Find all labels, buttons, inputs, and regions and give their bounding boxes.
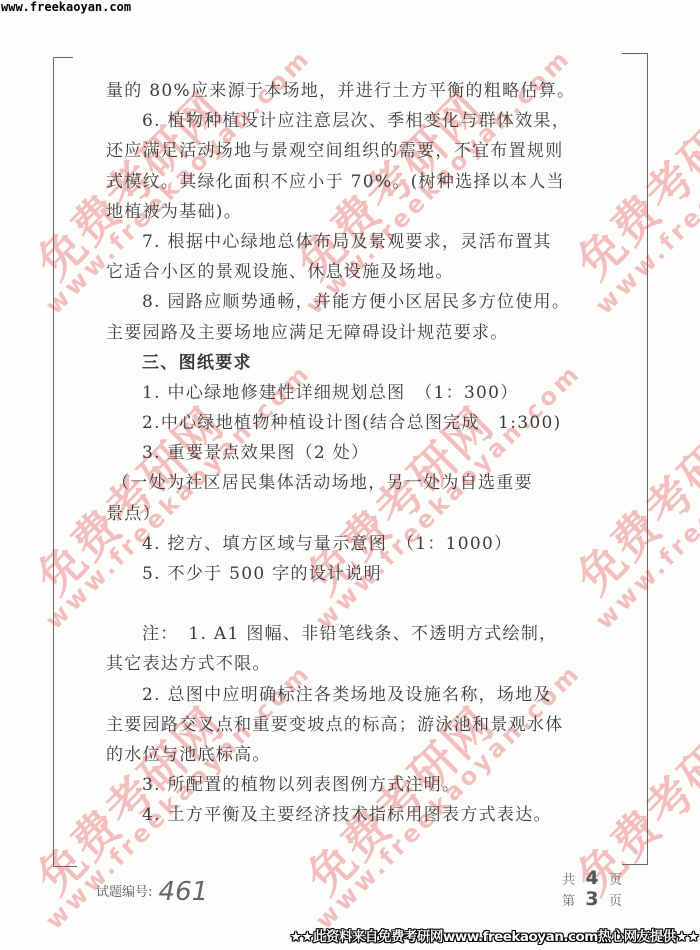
note-line: 2. 总图中应明确标注各类场地及设施名称，场地及 xyxy=(106,680,596,710)
body-line: 6. 植物种植设计应注意层次、季相变化与群体效果， xyxy=(106,106,596,136)
body-line: 3. 重要景点效果图（2 处） xyxy=(106,438,596,468)
exam-code-value: 461 xyxy=(159,877,209,907)
exam-body-text: 量的 80%应来源于本场地，并进行土方平衡的粗略估算。 6. 植物种植设计应注意… xyxy=(106,76,596,831)
note-line: 其它表达方式不限。 xyxy=(106,649,596,679)
total-label-post: 页 xyxy=(609,873,622,888)
body-line: 4. 挖方、填方区域与量示意图 （1：1000） xyxy=(106,529,596,559)
total-pages: 4 xyxy=(575,869,609,888)
note-line: 注： 1. A1 图幅、非铅笔线条、不透明方式绘制， xyxy=(106,619,596,649)
exam-code: 试题编号: 461 xyxy=(96,877,208,907)
body-line: 它适合小区的景观设施、休息设施及场地。 xyxy=(106,257,596,287)
current-label-pre: 第 xyxy=(562,894,575,909)
current-page: 3 xyxy=(575,890,609,909)
body-line: 地植被为基础)。 xyxy=(106,197,596,227)
body-line: 量的 80%应来源于本场地，并进行土方平衡的粗略估算。 xyxy=(106,76,596,106)
total-label-pre: 共 xyxy=(562,873,575,888)
current-label-post: 页 xyxy=(609,894,622,909)
site-url: www.freekaoyan.com xyxy=(1,0,131,14)
body-line: 主要园路及主要场地应满足无障碍设计规范要求。 xyxy=(106,318,596,348)
body-line: 2.中心绿地植物种植设计图(结合总图完成 1:300) xyxy=(106,408,596,438)
body-line: 5. 不少于 500 字的设计说明 xyxy=(106,559,596,589)
page-indicator: 共4页 第3页 xyxy=(562,869,622,911)
note-line: 的水位与池底标高。 xyxy=(106,740,596,770)
body-line: 1. 中心绿地修建性详细规划总图 （1：300） xyxy=(106,378,596,408)
spacer xyxy=(106,589,596,619)
source-banner: ★★此资料来自免费考研网www.freekaoyan.com热心网友提供★★ xyxy=(290,925,699,945)
frame-right-bottom-tick xyxy=(622,864,648,865)
exam-code-label: 试题编号: xyxy=(96,885,152,900)
watermark-en: www.freekaoyan.com xyxy=(590,43,700,320)
watermark-en: www.freekaoyan.com xyxy=(590,358,700,635)
body-line: 8. 园路应顺势通畅，并能方便小区居民多方位使用。 xyxy=(106,287,596,317)
body-line: 7. 根据中心绿地总体布局及景观要求，灵活布置其 xyxy=(106,227,596,257)
note-line: 3. 所配置的植物以列表图例方式注明。 xyxy=(106,770,596,800)
frame-left-border xyxy=(53,57,54,867)
body-line: 式模纹。其绿化面积不应小于 70%。(树种选择以本人当 xyxy=(106,167,596,197)
body-line: 景点） xyxy=(106,499,596,529)
frame-right-top-tick xyxy=(622,53,648,54)
note-line: 4. 土方平衡及主要经济技术指标用图表方式表达。 xyxy=(106,800,596,830)
body-line: （一处为社区居民集体活动场地，另一处为自选重要 xyxy=(106,468,596,498)
note-line: 主要园路交叉点和重要变坡点的标高；游泳池和景观水体 xyxy=(106,710,596,740)
frame-left-top-tick xyxy=(53,57,73,58)
frame-left-bottom-tick xyxy=(53,866,77,867)
section-heading: 三、图纸要求 xyxy=(106,348,596,378)
frame-right-border xyxy=(647,53,648,865)
body-line: 还应满足活动场地与景观空间组织的需要，不宜布置规则 xyxy=(106,136,596,166)
